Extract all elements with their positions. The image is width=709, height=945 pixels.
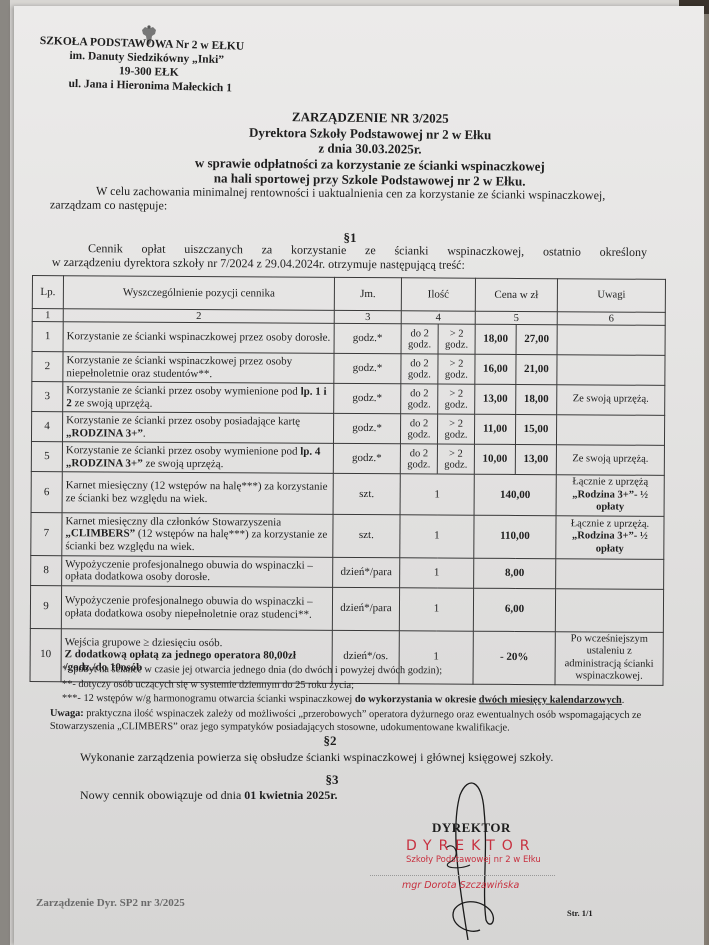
row-note-line-2: „Rodzina 3+”- ½ opłaty xyxy=(572,489,648,513)
row-price-short: 10,00 xyxy=(474,444,515,474)
section-1-word: ze xyxy=(365,243,376,257)
row-desc-bold: „CLIMBERS” xyxy=(65,527,135,539)
row-note xyxy=(556,558,664,589)
row-note-line-1: Łącznie z uprzężą. xyxy=(571,518,649,529)
row-qty-long: > 2 godz. xyxy=(438,354,475,384)
row-description: Wypożyczenie profesjonalnego obuwia do w… xyxy=(61,585,332,630)
row-unit: dzień*/para xyxy=(333,557,400,587)
row-desc-after: ze swoją uprzężą. xyxy=(72,397,153,409)
row-qty-short: do 2 godz. xyxy=(400,414,437,444)
row-desc: Wypożyczenie profesjonalnego obuwia do w… xyxy=(65,558,313,583)
section-1-word: za xyxy=(262,242,273,256)
row-qty-long: > 2 godz. xyxy=(437,414,474,444)
section-2-mark: §2 xyxy=(310,733,350,749)
table-header-row: Lp. Wyszczególnienie pozycji cennika Jm.… xyxy=(32,276,665,313)
director-stamp: DYREKTOR Szkoły Podstawowej nr 2 w Ełku … xyxy=(400,838,600,891)
usage-note-text: praktyczna ilość wspinaczek zależy od mo… xyxy=(50,708,641,733)
table-row: 2 Korzystanie ze ścianki wspinaczkowej p… xyxy=(32,352,665,386)
section-1-word: korzystanie xyxy=(291,243,346,257)
row-unit: szt. xyxy=(333,514,400,557)
row-qty-long: > 2 godz. xyxy=(438,324,475,354)
row-description: Korzystanie ze ścianki przez osoby posia… xyxy=(62,412,333,444)
row-desc: Wypożyczenie profesjonalnego obuwia do w… xyxy=(65,594,313,620)
row-note xyxy=(555,588,663,632)
row-qty-long: > 2 godz. xyxy=(437,444,474,474)
footnote-3-underline: dwóch miesięcy kalendarzowych xyxy=(479,694,622,705)
table-row: 6 Karnet miesięczny (12 wstępów na halę*… xyxy=(31,471,664,515)
footnote-3: ***- 12 wstępów w/g harmonogramu otwarci… xyxy=(50,692,670,709)
row-desc: Wejścia grupowe ≥ dziesięciu osób. xyxy=(65,636,223,649)
stamp-director-name: mgr Dorota Szczawińska xyxy=(400,880,600,891)
section-1-word: opłat xyxy=(141,242,165,256)
section-3-text-pre: Nowy cennik obowiązuje od dnia xyxy=(80,788,244,802)
row-lp: 8 xyxy=(31,555,62,585)
section-1-word: ostatnio xyxy=(543,244,581,258)
section-1-paragraph: Cennikopłatuiszczanychzakorzystanieześci… xyxy=(52,241,647,273)
table-row: 7 Karnet miesięczny dla członków Stowarz… xyxy=(31,512,664,559)
row-lp: 5 xyxy=(31,441,62,471)
row-desc: Korzystanie ze ścianki wspinaczkowej prz… xyxy=(66,354,292,379)
director-printed-title: DYREKTOR xyxy=(432,820,511,836)
col-num-6: 6 xyxy=(557,312,665,326)
usage-note: Uwaga: praktyczna ilość wspinaczek zależ… xyxy=(50,706,670,734)
row-lp: 1 xyxy=(32,322,63,352)
row-description: Korzystanie ze ścianki wspinaczkowej prz… xyxy=(63,352,334,384)
table-row: 8 Wypożyczenie profesjonalnego obuwia do… xyxy=(31,555,664,589)
table-row: 9 Wypożyczenie profesjonalnego obuwia do… xyxy=(30,585,663,632)
footnote-1: *- pobyt na ściance w czasie jej otwarci… xyxy=(50,663,670,680)
row-desc: Korzystanie ze ścianki wspinaczkowej prz… xyxy=(67,330,331,344)
row-qty: 1 xyxy=(400,474,474,515)
row-lp: 3 xyxy=(32,382,63,412)
header-lp: Lp. xyxy=(32,276,63,309)
row-description: Wypożyczenie profesjonalnego obuwia do w… xyxy=(62,555,333,587)
header-notes: Uwagi xyxy=(557,279,665,313)
row-note xyxy=(557,355,665,386)
row-qty-short: do 2 godz. xyxy=(401,384,438,414)
col-num-5: 5 xyxy=(475,311,557,325)
table-row: 5 Korzystanie ze ścianki przez osoby wym… xyxy=(31,441,664,475)
row-price: 8,00 xyxy=(474,558,556,589)
row-price: 6,00 xyxy=(473,588,555,632)
footnotes: *- pobyt na ściance w czasie jej otwarci… xyxy=(50,663,670,735)
row-unit: godz.* xyxy=(334,353,401,383)
col-num-4: 4 xyxy=(401,311,475,324)
header-price: Cena w zł xyxy=(475,278,557,312)
school-header: SZKOŁA PODSTAWOWA Nr 2 w EŁKU im. Danuty… xyxy=(38,34,299,97)
section-1-word: określony xyxy=(600,245,647,259)
row-note-line-2: „Rodzina 3+”- ½ opłaty xyxy=(572,531,648,555)
row-price-long: 15,00 xyxy=(515,414,556,444)
row-price-long: 13,00 xyxy=(515,444,556,474)
footnote-3-text: ***- 12 wstępów w/g harmonogramu otwarci… xyxy=(62,693,355,705)
row-description: Korzystanie ze ścianki przez osoby wymie… xyxy=(62,442,333,474)
row-price-short: 11,00 xyxy=(474,414,515,444)
stamp-school: Szkoły Podstawowej nr 2 w Ełku xyxy=(400,855,600,865)
row-desc-after: . xyxy=(143,427,146,439)
row-desc-bold: „RODZINA 3+” xyxy=(66,427,143,439)
section-1-word: uiszczanych xyxy=(184,242,243,256)
row-desc: Korzystanie ze ścianki przez osoby wymie… xyxy=(66,444,298,457)
row-qty-short: do 2 godz. xyxy=(401,324,438,354)
row-note xyxy=(557,325,665,356)
row-qty: 1 xyxy=(400,557,474,587)
row-qty-long: > 2 godz. xyxy=(438,384,475,414)
row-unit: szt. xyxy=(333,473,400,514)
col-num-1: 1 xyxy=(32,309,63,322)
row-qty: 1 xyxy=(399,587,473,630)
row-desc: Korzystanie ze ścianki przez osoby wymie… xyxy=(66,384,298,397)
row-lp: 9 xyxy=(30,585,61,628)
row-price-long: 18,00 xyxy=(516,384,557,414)
row-price-short: 13,00 xyxy=(475,384,516,414)
header-qty: Ilość xyxy=(401,278,475,311)
row-price: 110,00 xyxy=(474,515,556,559)
row-note: Łącznie z uprzężą„Rodzina 3+”- ½ opłaty xyxy=(556,475,664,516)
row-price-short: 16,00 xyxy=(475,354,516,384)
row-unit: godz.* xyxy=(334,323,401,353)
row-unit: godz.* xyxy=(333,443,400,473)
row-lp: 2 xyxy=(32,352,63,382)
row-note: Łącznie z uprzężą.„Rodzina 3+”- ½ opłaty xyxy=(556,515,664,559)
header-jm: Jm. xyxy=(334,277,401,310)
row-unit: godz.* xyxy=(334,383,401,413)
usage-note-label: Uwaga: xyxy=(50,707,84,718)
price-table: Lp. Wyszczególnienie pozycji cennika Jm.… xyxy=(30,275,666,685)
section-3-mark: §3 xyxy=(312,772,352,788)
footnote-3-bold: do wykorzystania w okresie xyxy=(355,694,479,705)
section-1-word: wspinaczkowej, xyxy=(447,244,524,259)
row-description: Korzystanie ze ścianki wspinaczkowej prz… xyxy=(63,322,334,354)
footer-page-number: Str. 1/1 xyxy=(567,908,593,918)
effective-date: 01 kwietnia 2025r. xyxy=(244,788,337,802)
row-desc: Karnet miesięczny dla członków Stowarzys… xyxy=(65,515,281,528)
section-2-text: Wykonanie zarządzenia powierza się obsłu… xyxy=(80,750,640,764)
row-price-short: 18,00 xyxy=(475,324,516,354)
table-row: 1 Korzystanie ze ścianki wspinaczkowej p… xyxy=(32,322,665,356)
signature-dotted-line xyxy=(370,875,555,876)
row-note-line-1: Łącznie z uprzężą xyxy=(572,476,648,487)
row-note: Ze swoją uprzężą. xyxy=(556,445,664,476)
row-description: Karnet miesięczny (12 wstępów na halę***… xyxy=(62,472,333,514)
row-price-long: 21,00 xyxy=(516,354,557,384)
section-1-word: ścianki xyxy=(394,243,428,257)
row-note: Ze swoją uprzężą. xyxy=(557,385,665,416)
row-description: Karnet miesięczny dla członków Stowarzys… xyxy=(62,512,333,557)
footnote-3-end: . xyxy=(622,695,625,706)
row-qty-short: do 2 godz. xyxy=(401,354,438,384)
row-qty-short: do 2 godz. xyxy=(400,444,437,474)
row-note xyxy=(556,415,664,446)
intro-paragraph: W celu zachowania minimalnej rentowności… xyxy=(50,183,645,216)
header-desc: Wyszczególnienie pozycji cennika xyxy=(63,276,334,311)
row-unit: dzień*/para xyxy=(332,587,399,630)
row-lp: 4 xyxy=(31,412,62,442)
row-description: Korzystanie ze ścianki przez osoby wymie… xyxy=(63,382,334,414)
row-desc-after: ze swoją uprzężą. xyxy=(143,457,224,469)
section-1-word: Cennik xyxy=(88,241,123,255)
row-price-long: 27,00 xyxy=(516,324,557,354)
table-row: 4 Korzystanie ze ścianki przez osoby pos… xyxy=(31,412,664,446)
col-num-3: 3 xyxy=(334,310,401,323)
row-lp: 6 xyxy=(31,471,62,512)
row-qty: 1 xyxy=(400,514,474,557)
footer-document-ref: Zarządzenie Dyr. SP2 nr 3/2025 xyxy=(36,897,185,909)
row-lp: 7 xyxy=(31,512,62,555)
row-desc: Korzystanie ze ścianki przez osoby posia… xyxy=(66,414,300,427)
document-title: ZARZĄDZENIE NR 3/2025 Dyrektora Szkoły P… xyxy=(140,108,601,190)
row-desc: Karnet miesięczny (12 wstępów na halę***… xyxy=(66,479,328,504)
row-price: 140,00 xyxy=(474,474,556,515)
row-unit: godz.* xyxy=(333,413,400,443)
stamp-title: DYREKTOR xyxy=(400,838,600,854)
table-row: 3 Korzystanie ze ścianki przez osoby wym… xyxy=(32,382,665,416)
